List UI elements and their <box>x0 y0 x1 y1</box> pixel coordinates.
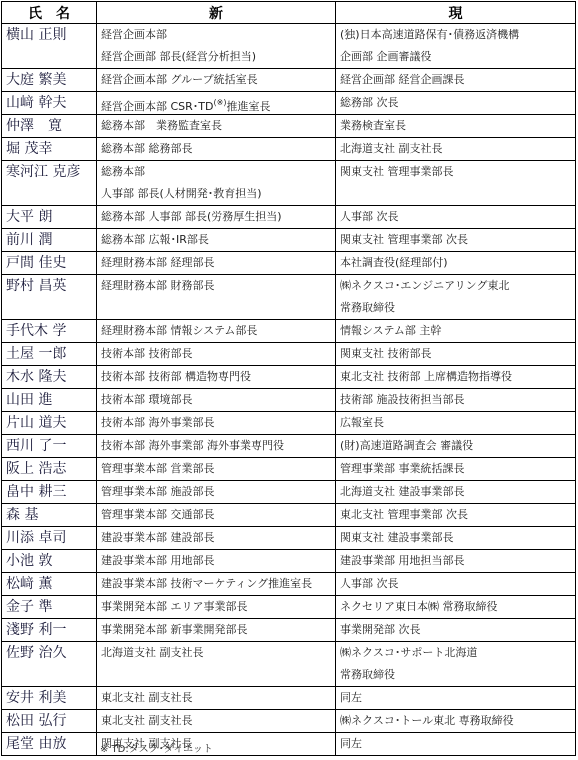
person-name: 佐野 治久 <box>6 642 96 664</box>
person-name-cell: 安井 利美 <box>2 687 97 710</box>
current-position-line: ネクセリア東日本㈱ 常務取締役 <box>340 596 575 618</box>
current-position-line: (独)日本高速道路保有･債務返済機構 <box>340 24 575 46</box>
table-row: 西川 了一技術本部 海外事業部 海外事業専門役(財)高速道路調査会 審議役 <box>2 435 576 458</box>
current-position-cell: 人事部 次長 <box>336 573 576 596</box>
new-position-line: 管理事業本部 施設部長 <box>101 481 335 503</box>
current-position-line: 関東支社 管理事業部長 <box>340 161 575 183</box>
person-name: 前川 潤 <box>6 229 96 251</box>
table-row: 前川 潤総務本部 広報･IR部長関東支社 管理事業部 次長 <box>2 229 576 252</box>
new-position-cell: 建設事業本部 建設部長 <box>97 527 336 550</box>
new-position-cell: 技術本部 環境部長 <box>97 389 336 412</box>
new-position-cell: 管理事業本部 交通部長 <box>97 504 336 527</box>
person-name-cell: 西川 了一 <box>2 435 97 458</box>
person-name: 阪上 浩志 <box>6 458 96 480</box>
current-position-cell: 同左 <box>336 733 576 756</box>
person-name-cell: 仲澤 寛 <box>2 115 97 138</box>
person-name-cell: 野村 昌英 <box>2 275 97 320</box>
new-position-cell: 建設事業本部 技術マーケティング推進室長 <box>97 573 336 596</box>
current-position-line: 同左 <box>340 733 575 755</box>
new-position-cell: 事業開発本部 エリア事業部長 <box>97 596 336 619</box>
person-name: 森 基 <box>6 504 96 526</box>
new-position-line: 建設事業本部 用地部長 <box>101 550 335 572</box>
current-position-line: 管理事業部 事業統括課長 <box>340 458 575 480</box>
person-name-cell: 木水 隆夫 <box>2 366 97 389</box>
new-position-line: 技術本部 海外事業部 海外事業専門役 <box>101 435 335 457</box>
person-name-cell: 川添 卓司 <box>2 527 97 550</box>
current-position-line: ㈱ネクスコ･サポート北海道 <box>340 642 575 664</box>
current-position-line: 業務検査室長 <box>340 115 575 137</box>
new-position-cell: 北海道支社 副支社長 <box>97 642 336 687</box>
person-name-cell: 堀 茂幸 <box>2 138 97 161</box>
new-position-line: 技術本部 環境部長 <box>101 389 335 411</box>
new-position-line: 経営企画本部 CSR･TD(※)推進室長 <box>101 92 335 114</box>
new-position-line: 総務本部 業務監査室長 <box>101 115 335 137</box>
current-position-line: 東北支社 管理事業部 次長 <box>340 504 575 526</box>
person-name-cell: 山﨑 幹夫 <box>2 92 97 115</box>
table-row: 野村 昌英経理財務本部 財務部長㈱ネクスコ･エンジニアリング東北常務取締役 <box>2 275 576 320</box>
current-position-line: 企画部 企画審議役 <box>340 46 575 68</box>
new-position-line: 総務本部 <box>101 161 335 183</box>
current-position-line: 東北支社 技術部 上席構造物指導役 <box>340 366 575 388</box>
new-position-cell: 建設事業本部 用地部長 <box>97 550 336 573</box>
current-position-cell: 人事部 次長 <box>336 206 576 229</box>
table-row: 淺野 利一事業開発本部 新事業開発部長事業開発部 次長 <box>2 619 576 642</box>
person-name-cell: 畠中 耕三 <box>2 481 97 504</box>
current-position-cell: ㈱ネクスコ･エンジニアリング東北常務取締役 <box>336 275 576 320</box>
new-position-cell: 東北支社 副支社長 <box>97 710 336 733</box>
current-position-line: 広報室長 <box>340 412 575 434</box>
table-row: 尾堂 由放関東支社 副支社長同左 <box>2 733 576 756</box>
current-position-line: 建設事業部 用地担当部長 <box>340 550 575 572</box>
current-position-line: (財)高速道路調査会 審議役 <box>340 435 575 457</box>
person-name: 土屋 一郎 <box>6 343 96 365</box>
person-name: 木水 隆夫 <box>6 366 96 388</box>
table-row: 大平 朗総務本部 人事部 部長(労務厚生担当)人事部 次長 <box>2 206 576 229</box>
person-name: 金子 準 <box>6 596 96 618</box>
table-row: 川添 卓司建設事業本部 建設部長関東支社 建設事業部長 <box>2 527 576 550</box>
new-position-cell: 東北支社 副支社長 <box>97 687 336 710</box>
footnote: ※ TD:タスク･ダイエット <box>100 740 213 755</box>
new-position-line: 管理事業本部 営業部長 <box>101 458 335 480</box>
current-position-line: 北海道支社 建設事業部長 <box>340 481 575 503</box>
current-position-cell: 関東支社 管理事業部長 <box>336 161 576 206</box>
current-position-line: 同左 <box>340 687 575 709</box>
table-row: 森 基管理事業本部 交通部長東北支社 管理事業部 次長 <box>2 504 576 527</box>
new-position-cell: 技術本部 海外事業部長 <box>97 412 336 435</box>
person-name: 川添 卓司 <box>6 527 96 549</box>
new-position-line: 北海道支社 副支社長 <box>101 642 335 664</box>
table-row: 寒河江 克彦総務本部人事部 部長(人材開発･教育担当)関東支社 管理事業部長 <box>2 161 576 206</box>
new-position-cell: 総務本部 業務監査室長 <box>97 115 336 138</box>
new-position-cell: 技術本部 海外事業部 海外事業専門役 <box>97 435 336 458</box>
new-position-line: 建設事業本部 建設部長 <box>101 527 335 549</box>
new-position-line: 管理事業本部 交通部長 <box>101 504 335 526</box>
current-position-line: 事業開発部 次長 <box>340 619 575 641</box>
current-position-cell: ネクセリア東日本㈱ 常務取締役 <box>336 596 576 619</box>
current-position-cell: 東北支社 管理事業部 次長 <box>336 504 576 527</box>
current-position-line: 常務取締役 <box>340 297 575 319</box>
personnel-change-table: 氏名 新 現 横山 正則経営企画本部経営企画部 部長(経営分析担当)(独)日本高… <box>1 1 576 756</box>
current-position-line: 関東支社 管理事業部 次長 <box>340 229 575 251</box>
current-position-cell: 北海道支社 副支社長 <box>336 138 576 161</box>
current-position-line: 経営企画部 経営企画課長 <box>340 69 575 91</box>
new-position-cell: 経営企画本部 グループ統括室長 <box>97 69 336 92</box>
current-position-line: 人事部 次長 <box>340 573 575 595</box>
new-position-line: 経営企画本部 グループ統括室長 <box>101 69 335 91</box>
current-position-cell: 総務部 次長 <box>336 92 576 115</box>
new-position-line: 技術本部 海外事業部長 <box>101 412 335 434</box>
current-position-cell: 事業開発部 次長 <box>336 619 576 642</box>
current-position-cell: 本社調査役(経理部付) <box>336 252 576 275</box>
person-name-cell: 寒河江 克彦 <box>2 161 97 206</box>
person-name: 横山 正則 <box>6 24 96 46</box>
person-name-cell: 金子 準 <box>2 596 97 619</box>
new-position-line: 東北支社 副支社長 <box>101 710 335 732</box>
table-row: 手代木 学経理財務本部 情報システム部長情報システム部 主幹 <box>2 320 576 343</box>
current-position-line: 情報システム部 主幹 <box>340 320 575 342</box>
table-row: 仲澤 寛総務本部 業務監査室長業務検査室長 <box>2 115 576 138</box>
table-row: 畠中 耕三管理事業本部 施設部長北海道支社 建設事業部長 <box>2 481 576 504</box>
current-position-cell: 技術部 施設技術担当部長 <box>336 389 576 412</box>
current-position-cell: (財)高速道路調査会 審議役 <box>336 435 576 458</box>
new-position-line: 経営企画本部 <box>101 24 335 46</box>
person-name: 松田 弘行 <box>6 710 96 732</box>
new-position-line: 東北支社 副支社長 <box>101 687 335 709</box>
person-name-cell: 淺野 利一 <box>2 619 97 642</box>
person-name-cell: 大庭 繁美 <box>2 69 97 92</box>
table-row: 戸間 佳史経理財務本部 経理部長本社調査役(経理部付) <box>2 252 576 275</box>
person-name: 松﨑 薫 <box>6 573 96 595</box>
new-position-line: 建設事業本部 技術マーケティング推進室長 <box>101 573 335 595</box>
current-position-line: 人事部 次長 <box>340 206 575 228</box>
table-row: 木水 隆夫技術本部 技術部 構造物専門役東北支社 技術部 上席構造物指導役 <box>2 366 576 389</box>
table-row: 大庭 繁美経営企画本部 グループ統括室長経営企画部 経営企画課長 <box>2 69 576 92</box>
person-name-cell: 山田 進 <box>2 389 97 412</box>
current-position-line: 本社調査役(経理部付) <box>340 252 575 274</box>
person-name-cell: 前川 潤 <box>2 229 97 252</box>
current-position-line: 総務部 次長 <box>340 92 575 114</box>
current-position-cell: 同左 <box>336 687 576 710</box>
header-current: 現 <box>336 2 576 24</box>
new-position-cell: 管理事業本部 施設部長 <box>97 481 336 504</box>
current-position-line: 関東支社 技術部長 <box>340 343 575 365</box>
table-row: 片山 道夫技術本部 海外事業部長広報室長 <box>2 412 576 435</box>
person-name-cell: 松﨑 薫 <box>2 573 97 596</box>
new-position-line: 経理財務本部 財務部長 <box>101 275 335 297</box>
current-position-line: 常務取締役 <box>340 664 575 686</box>
new-position-line: 総務本部 総務部長 <box>101 138 335 160</box>
new-position-cell: 総務本部 広報･IR部長 <box>97 229 336 252</box>
new-position-cell: 管理事業本部 営業部長 <box>97 458 336 481</box>
current-position-line: 技術部 施設技術担当部長 <box>340 389 575 411</box>
header-name: 氏名 <box>2 2 97 24</box>
person-name: 畠中 耕三 <box>6 481 96 503</box>
person-name: 仲澤 寛 <box>6 115 96 137</box>
new-position-cell: 経理財務本部 財務部長 <box>97 275 336 320</box>
table-row: 土屋 一郎技術本部 技術部長関東支社 技術部長 <box>2 343 576 366</box>
new-position-cell: 技術本部 技術部長 <box>97 343 336 366</box>
current-position-cell: 経営企画部 経営企画課長 <box>336 69 576 92</box>
person-name: 安井 利美 <box>6 687 96 709</box>
current-position-cell: 関東支社 建設事業部長 <box>336 527 576 550</box>
person-name: 片山 道夫 <box>6 412 96 434</box>
person-name-cell: 松田 弘行 <box>2 710 97 733</box>
current-position-line: 関東支社 建設事業部長 <box>340 527 575 549</box>
person-name-cell: 森 基 <box>2 504 97 527</box>
new-position-line: 技術本部 技術部長 <box>101 343 335 365</box>
table-row: 横山 正則経営企画本部経営企画部 部長(経営分析担当)(独)日本高速道路保有･債… <box>2 24 576 69</box>
new-position-line: 人事部 部長(人材開発･教育担当) <box>101 183 335 205</box>
new-position-line: 経理財務本部 情報システム部長 <box>101 320 335 342</box>
current-position-cell: 情報システム部 主幹 <box>336 320 576 343</box>
new-position-cell: 総務本部 人事部 部長(労務厚生担当) <box>97 206 336 229</box>
person-name-cell: 手代木 学 <box>2 320 97 343</box>
table-body: 横山 正則経営企画本部経営企画部 部長(経営分析担当)(独)日本高速道路保有･債… <box>2 24 576 756</box>
new-position-cell: 経理財務本部 情報システム部長 <box>97 320 336 343</box>
person-name-cell: 小池 敦 <box>2 550 97 573</box>
person-name-cell: 土屋 一郎 <box>2 343 97 366</box>
table-row: 金子 準事業開発本部 エリア事業部長ネクセリア東日本㈱ 常務取締役 <box>2 596 576 619</box>
new-position-line: 総務本部 人事部 部長(労務厚生担当) <box>101 206 335 228</box>
current-position-cell: 関東支社 技術部長 <box>336 343 576 366</box>
person-name: 小池 敦 <box>6 550 96 572</box>
person-name: 大平 朗 <box>6 206 96 228</box>
person-name: 山﨑 幹夫 <box>6 92 96 114</box>
current-position-line: ㈱ネクスコ･トール東北 専務取締役 <box>340 710 575 732</box>
person-name-cell: 佐野 治久 <box>2 642 97 687</box>
table-row: 松﨑 薫建設事業本部 技術マーケティング推進室長人事部 次長 <box>2 573 576 596</box>
table-row: 山田 進技術本部 環境部長技術部 施設技術担当部長 <box>2 389 576 412</box>
current-position-line: 北海道支社 副支社長 <box>340 138 575 160</box>
current-position-cell: (独)日本高速道路保有･債務返済機構企画部 企画審議役 <box>336 24 576 69</box>
current-position-cell: 関東支社 管理事業部 次長 <box>336 229 576 252</box>
new-position-cell: 総務本部人事部 部長(人材開発･教育担当) <box>97 161 336 206</box>
footnote-marker: (※) <box>214 98 227 107</box>
person-name: 淺野 利一 <box>6 619 96 641</box>
new-position-line: 事業開発本部 新事業開発部長 <box>101 619 335 641</box>
person-name-cell: 戸間 佳史 <box>2 252 97 275</box>
person-name: 寒河江 克彦 <box>6 161 96 183</box>
person-name: 堀 茂幸 <box>6 138 96 160</box>
person-name: 大庭 繁美 <box>6 69 96 91</box>
table-row: 堀 茂幸総務本部 総務部長北海道支社 副支社長 <box>2 138 576 161</box>
current-position-line: ㈱ネクスコ･エンジニアリング東北 <box>340 275 575 297</box>
current-position-cell: 管理事業部 事業統括課長 <box>336 458 576 481</box>
table-row: 佐野 治久北海道支社 副支社長㈱ネクスコ･サポート北海道常務取締役 <box>2 642 576 687</box>
person-name: 山田 進 <box>6 389 96 411</box>
current-position-cell: 業務検査室長 <box>336 115 576 138</box>
table-row: 小池 敦建設事業本部 用地部長建設事業部 用地担当部長 <box>2 550 576 573</box>
new-position-cell: 経理財務本部 経理部長 <box>97 252 336 275</box>
current-position-cell: 北海道支社 建設事業部長 <box>336 481 576 504</box>
new-position-cell: 総務本部 総務部長 <box>97 138 336 161</box>
person-name-cell: 片山 道夫 <box>2 412 97 435</box>
new-position-line: 経理財務本部 経理部長 <box>101 252 335 274</box>
new-position-cell: 経営企画本部経営企画部 部長(経営分析担当) <box>97 24 336 69</box>
table-row: 山﨑 幹夫経営企画本部 CSR･TD(※)推進室長総務部 次長 <box>2 92 576 115</box>
person-name: 西川 了一 <box>6 435 96 457</box>
new-position-line: 事業開発本部 エリア事業部長 <box>101 596 335 618</box>
new-position-line: 総務本部 広報･IR部長 <box>101 229 335 251</box>
person-name: 手代木 学 <box>6 320 96 342</box>
new-position-line: 技術本部 技術部 構造物専門役 <box>101 366 335 388</box>
person-name: 野村 昌英 <box>6 275 96 297</box>
person-name-cell: 尾堂 由放 <box>2 733 97 756</box>
header-row: 氏名 新 現 <box>2 2 576 24</box>
current-position-cell: 東北支社 技術部 上席構造物指導役 <box>336 366 576 389</box>
new-position-cell: 経営企画本部 CSR･TD(※)推進室長 <box>97 92 336 115</box>
person-name-cell: 横山 正則 <box>2 24 97 69</box>
table-row: 安井 利美東北支社 副支社長同左 <box>2 687 576 710</box>
new-position-line: 経営企画部 部長(経営分析担当) <box>101 46 335 68</box>
current-position-cell: ㈱ネクスコ･サポート北海道常務取締役 <box>336 642 576 687</box>
new-position-cell: 技術本部 技術部 構造物専門役 <box>97 366 336 389</box>
table-row: 阪上 浩志管理事業本部 営業部長管理事業部 事業統括課長 <box>2 458 576 481</box>
person-name: 尾堂 由放 <box>6 733 96 755</box>
table-row: 松田 弘行東北支社 副支社長㈱ネクスコ･トール東北 専務取締役 <box>2 710 576 733</box>
person-name-cell: 大平 朗 <box>2 206 97 229</box>
person-name: 戸間 佳史 <box>6 252 96 274</box>
new-position-cell: 事業開発本部 新事業開発部長 <box>97 619 336 642</box>
person-name-cell: 阪上 浩志 <box>2 458 97 481</box>
current-position-cell: ㈱ネクスコ･トール東北 専務取締役 <box>336 710 576 733</box>
current-position-cell: 建設事業部 用地担当部長 <box>336 550 576 573</box>
current-position-cell: 広報室長 <box>336 412 576 435</box>
header-new: 新 <box>97 2 336 24</box>
